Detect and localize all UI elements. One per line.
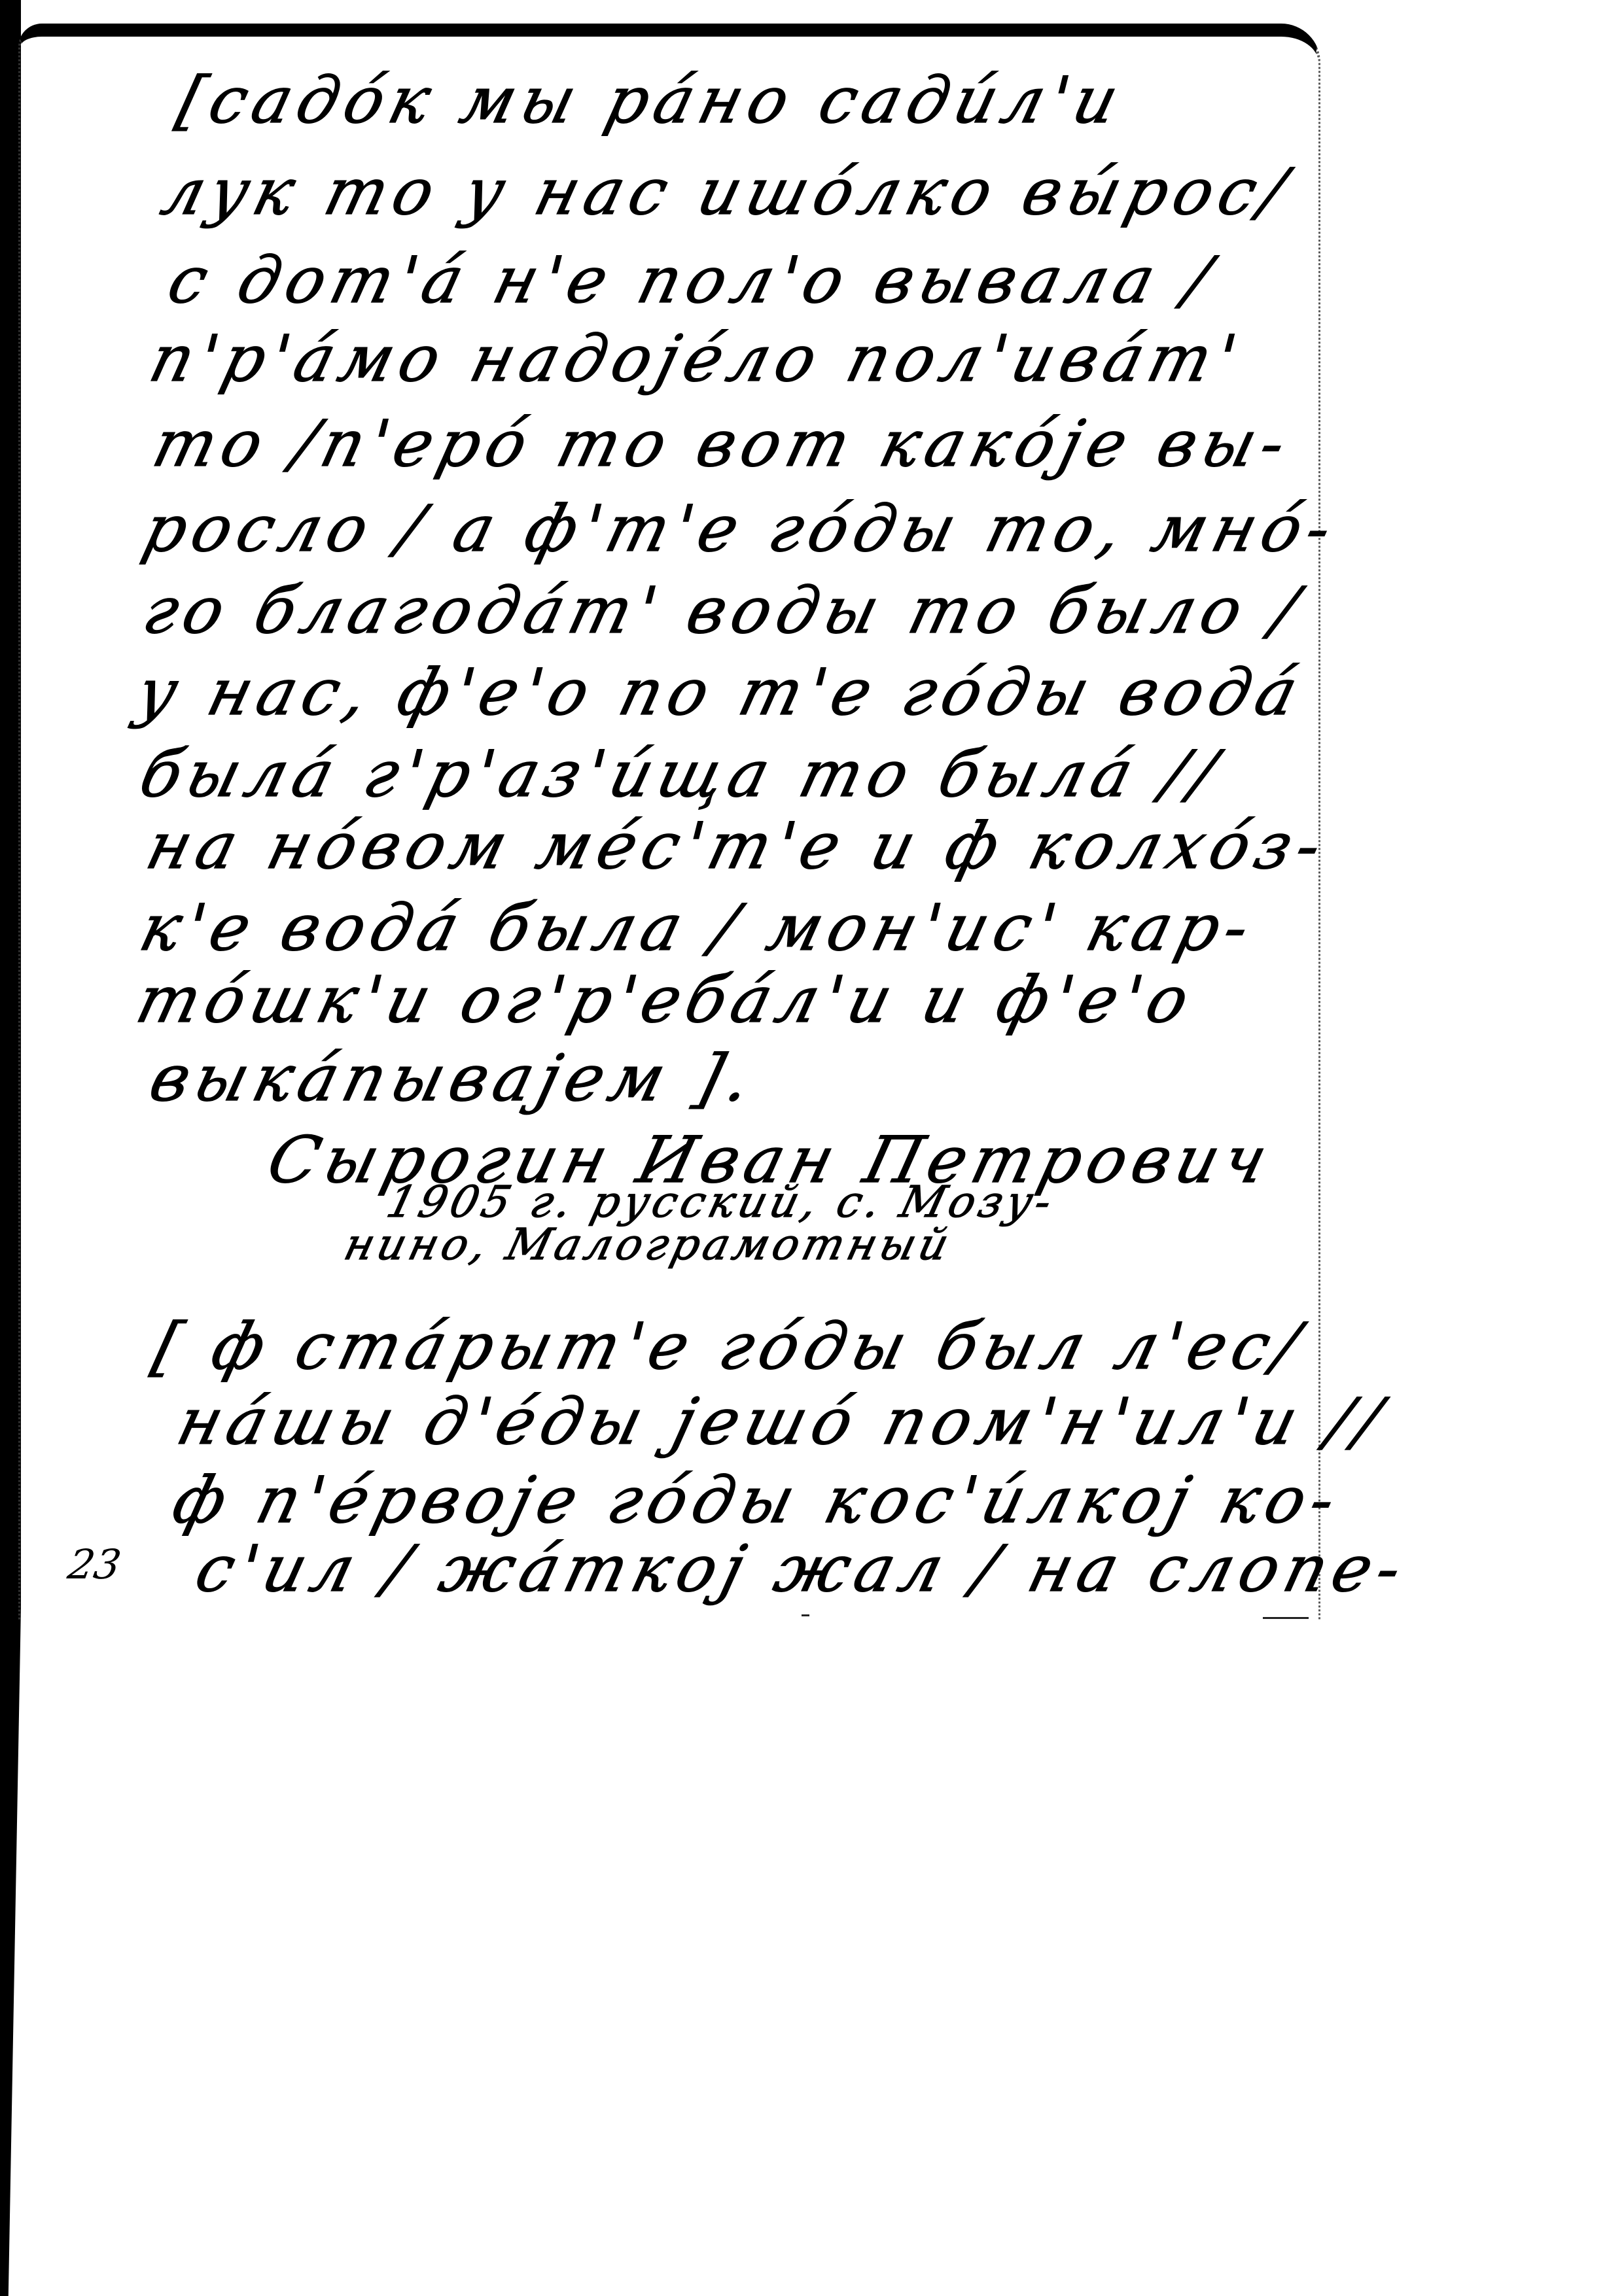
page-number: 23 bbox=[65, 1540, 125, 1588]
text-line: [садо́к мы ра́но сади́л'и bbox=[171, 69, 1131, 133]
text-line: на́шы д'е́ды јешо́ пом'н'ил'и // bbox=[171, 1390, 1393, 1454]
text-line: выка́пывајем ]. bbox=[144, 1047, 764, 1111]
text-line: к'е вода́ была / мон'ис' кар- bbox=[134, 896, 1262, 960]
scan-artifact bbox=[802, 1614, 809, 1616]
text-line: то /п'еро́ то вот како́је вы- bbox=[147, 412, 1298, 476]
informant-village: нино, Малограмотный bbox=[340, 1223, 957, 1266]
text-line: у нас, ф'е'о по т'е го́ды вода́ bbox=[131, 661, 1310, 725]
text-line: [ ф ста́рыт'е го́ды был л'ес/ bbox=[147, 1315, 1312, 1379]
informant-details: 1905 г. русский, с. Мозу- bbox=[383, 1181, 1059, 1224]
scan-artifact bbox=[1263, 1617, 1309, 1619]
text-line: го благода́т' воды то было / bbox=[137, 579, 1310, 643]
text-line: была́ г'р'аз'и́ща то была́ // bbox=[134, 742, 1229, 807]
text-line: то́шк'и ог'р'еба́л'и и ф'е'о bbox=[131, 968, 1201, 1032]
text-line: лук то у нас ишо́лко вы́рос/ bbox=[156, 160, 1298, 224]
text-line: с'ил / жа́ткој жал / на слопе- bbox=[190, 1537, 1414, 1601]
text-line: на но́вом ме́с'т'е и ф колхо́з- bbox=[141, 814, 1334, 878]
text-line: п'р'а́мо надоје́ло пол'ива́т' bbox=[144, 327, 1249, 391]
text-line: росло / а ф'т'е го́ды то, мно́- bbox=[137, 497, 1344, 561]
text-line: с дот'а́ н'е пол'о вывала / bbox=[162, 249, 1223, 313]
text-line: ф п'е́рвоје го́ды кос'и́лкој ко- bbox=[167, 1469, 1348, 1533]
